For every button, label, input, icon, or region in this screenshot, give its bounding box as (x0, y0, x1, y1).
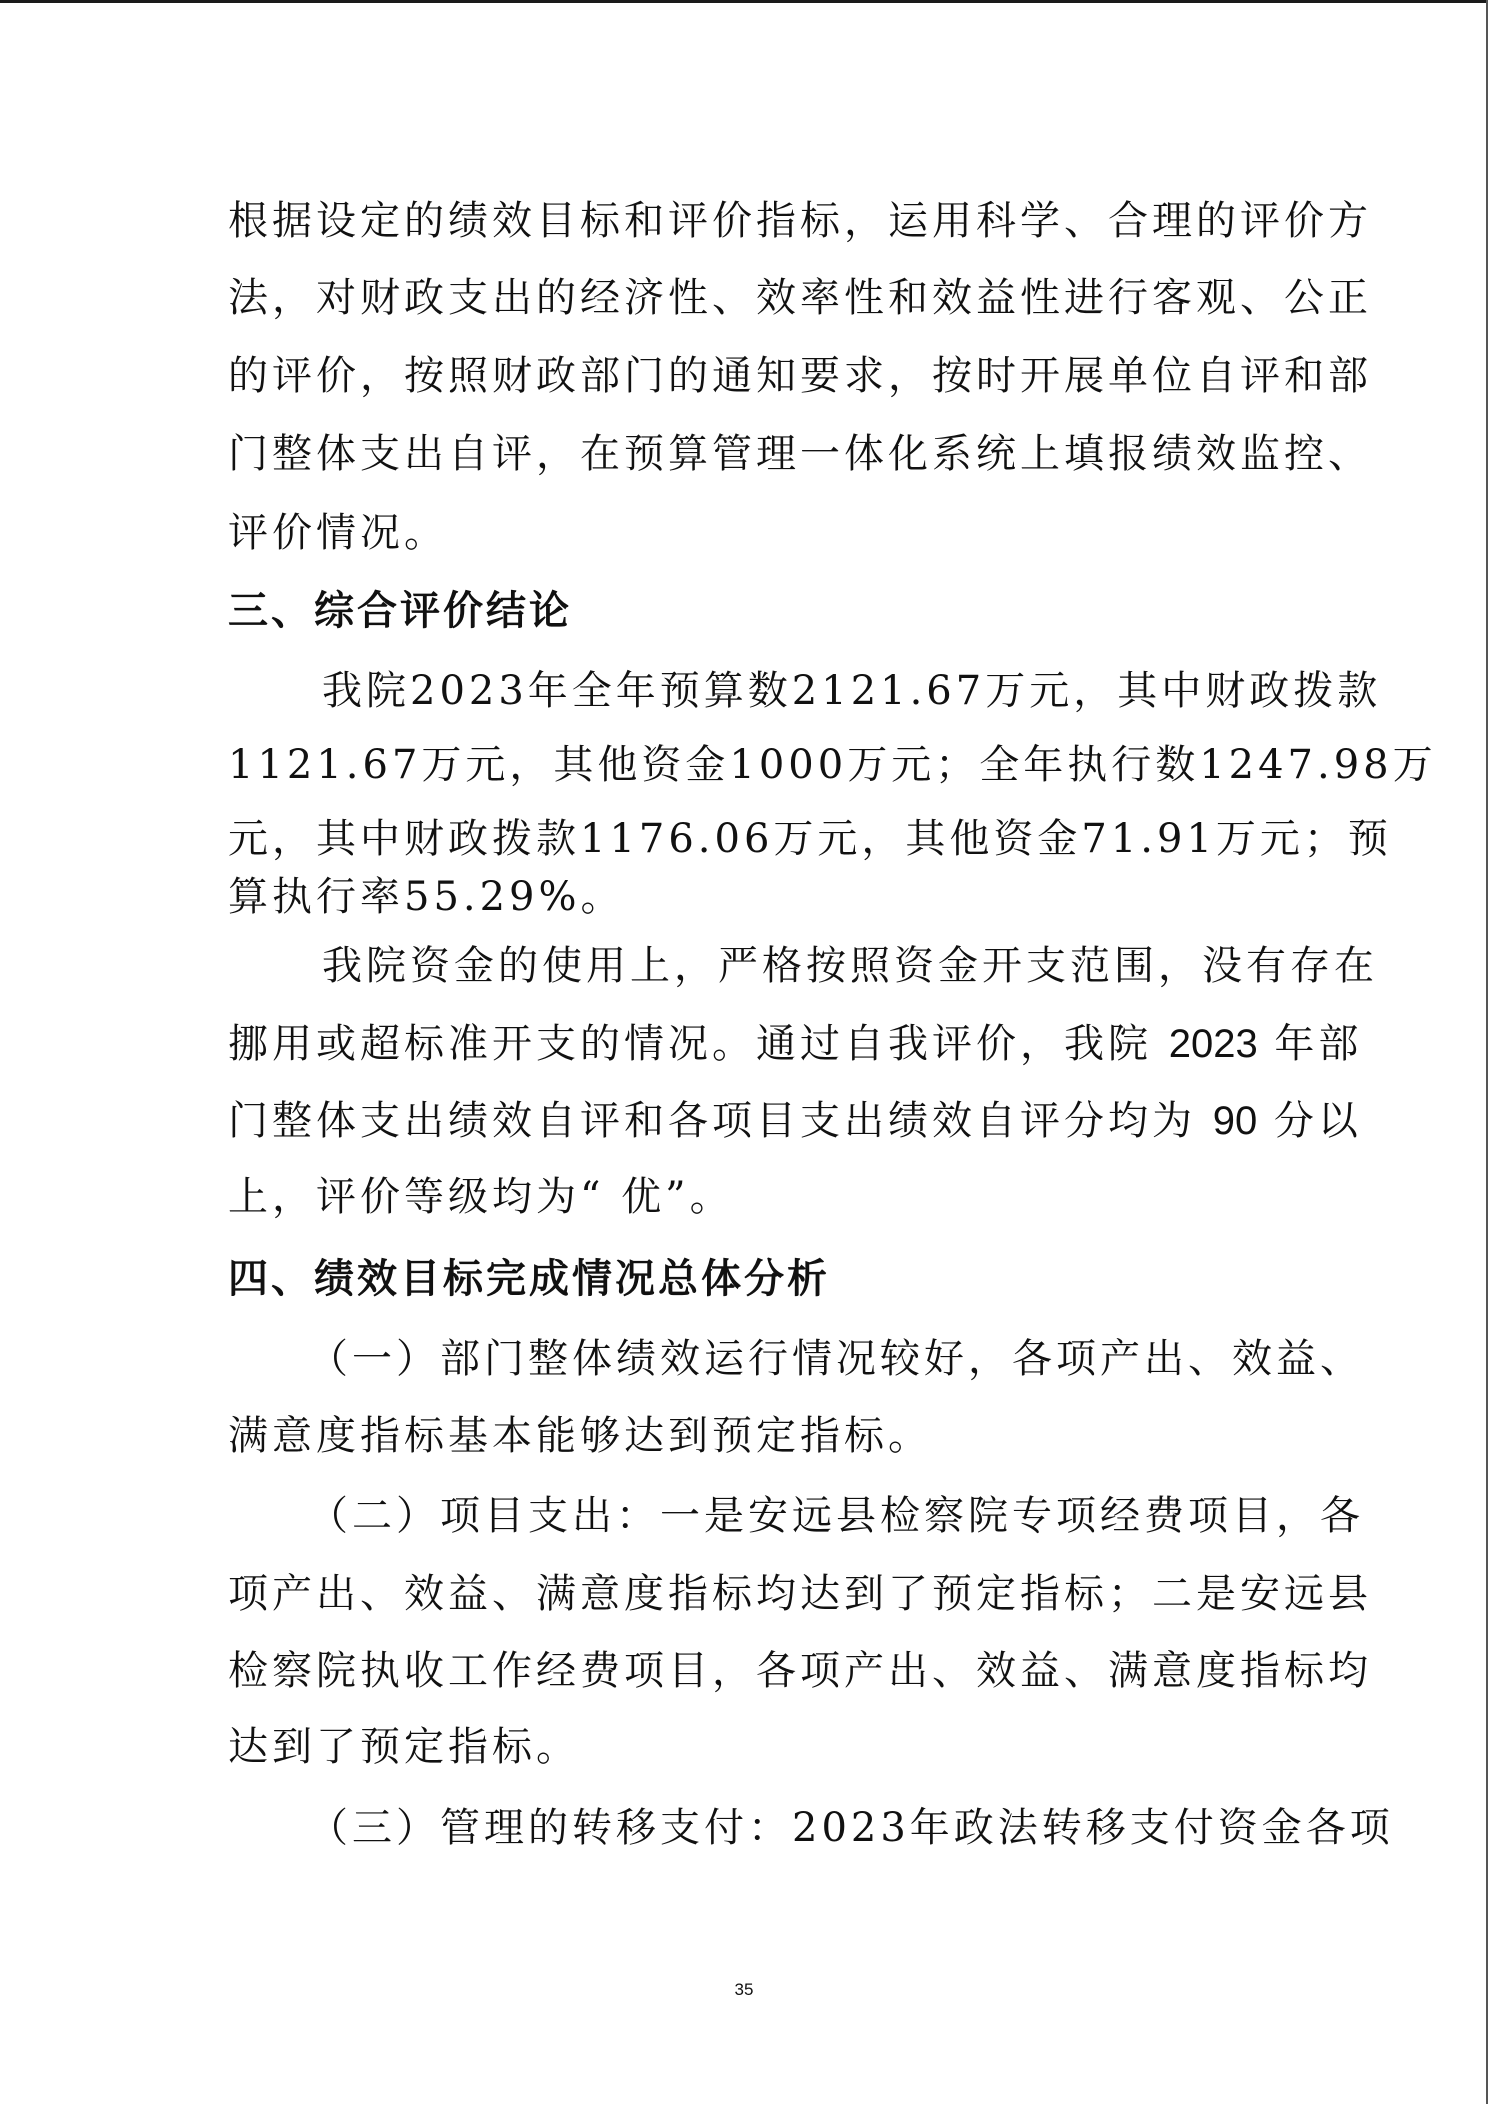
score-number: 90 (1213, 1099, 1258, 1143)
paragraph-line: 达到了预定指标。 (228, 1723, 1264, 1771)
paragraph-line: 挪用或超标准开支的情况。通过自我评价，我院 2023 年部 (228, 1020, 1264, 1068)
paragraph-line: 评价情况。 (228, 509, 1264, 557)
paragraph-line: 元，其中财政拨款1176.06万元，其他资金71.91万元；预 (228, 815, 1264, 863)
paragraph-line: 算执行率55.29%。 (228, 873, 1264, 921)
paragraph-line: （一）部门整体绩效运行情况较好，各项产出、效益、 (228, 1335, 1264, 1383)
text-run: 分以 (1257, 1098, 1362, 1144)
text-run: 门整体支出绩效自评和各项目支出绩效自评分均为 (228, 1098, 1213, 1144)
paragraph-line: 我院资金的使用上，严格按照资金开支范围，没有存在 (228, 942, 1264, 990)
paragraph-line: 项产出、效益、满意度指标均达到了预定指标；二是安远县 (228, 1570, 1264, 1618)
paragraph-line: 门整体支出绩效自评和各项目支出绩效自评分均为 90 分以 (228, 1097, 1264, 1145)
paragraph-line: 的评价，按照财政部门的通知要求，按时开展单位自评和部 (228, 352, 1264, 400)
paragraph-line: 1121.67万元，其他资金1000万元；全年执行数1247.98万 (228, 741, 1264, 789)
paragraph-line: （三）管理的转移支付：2023年政法转移支付资金各项 (228, 1804, 1264, 1852)
paragraph-line: 法，对财政支出的经济性、效率性和效益性进行客观、公正 (228, 274, 1264, 322)
section-heading-4: 四、绩效目标完成情况总体分析 (228, 1255, 1264, 1303)
paragraph-line: 满意度指标基本能够达到预定指标。 (228, 1412, 1264, 1460)
text-run: 挪用或超标准开支的情况。通过自我评价，我院 (228, 1021, 1169, 1067)
section-heading-3: 三、综合评价结论 (228, 587, 1264, 635)
paragraph-line: 检察院执收工作经费项目，各项产出、效益、满意度指标均 (228, 1647, 1264, 1695)
paragraph-line: 我院2023年全年预算数2121.67万元，其中财政拨款 (228, 667, 1264, 715)
year-number: 2023 (1169, 1022, 1258, 1066)
page-number: 35 (0, 1980, 1488, 2000)
paragraph-line: 上，评价等级均为“ 优”。 (228, 1173, 1264, 1221)
paragraph-line: （二）项目支出：一是安远县检察院专项经费项目，各 (228, 1492, 1264, 1540)
text-run: 年部 (1258, 1021, 1363, 1067)
paragraph-line: 根据设定的绩效目标和评价指标，运用科学、合理的评价方 (228, 197, 1264, 245)
page-top-border (0, 0, 1488, 3)
paragraph-line: 门整体支出自评，在预算管理一体化系统上填报绩效监控、 (228, 430, 1264, 478)
